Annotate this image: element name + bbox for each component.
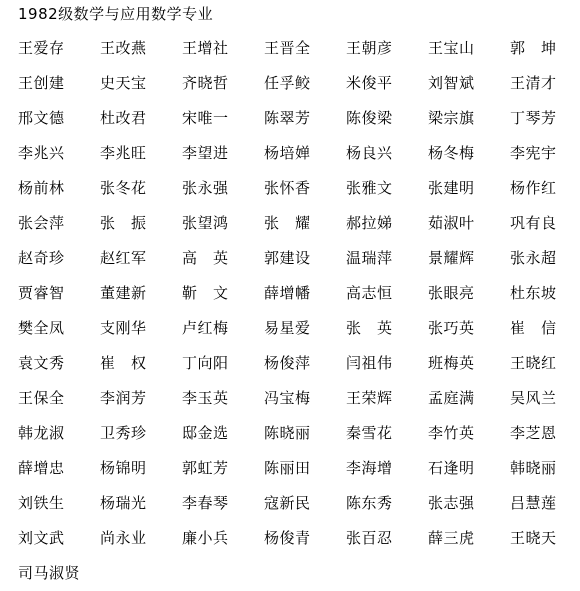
roster-row: 赵奇珍赵红军高 英郭建设温瑞萍景耀辉张永超 xyxy=(18,240,580,275)
person-name: 尚永业 xyxy=(100,529,182,547)
person-name: 卫秀珍 xyxy=(100,424,182,442)
roster-row: 樊全凤支刚华卢红梅易星爱张 英张巧英崔 信 xyxy=(18,310,580,345)
person-name: 王晓天 xyxy=(510,529,580,547)
person-name: 王增社 xyxy=(182,39,264,57)
roster-row: 王爱存王改燕王增社王晋全王朝彦王宝山郭 坤 xyxy=(18,30,580,65)
person-name: 司马淑贤 xyxy=(18,564,100,582)
person-name: 郭建设 xyxy=(264,249,346,267)
person-name: 李望进 xyxy=(182,144,264,162)
person-name: 袁文秀 xyxy=(18,354,100,372)
roster-row: 王保全李润芳李玉英冯宝梅王荣辉孟庭满吴风兰 xyxy=(18,380,580,415)
roster-row: 刘文武尚永业廉小兵杨俊青张百忍薛三虎王晓天 xyxy=(18,520,580,555)
person-name: 王晋全 xyxy=(264,39,346,57)
person-name: 巩有良 xyxy=(510,214,580,232)
person-name: 李海增 xyxy=(346,459,428,477)
person-name: 李玉英 xyxy=(182,389,264,407)
person-name: 丁向阳 xyxy=(182,354,264,372)
person-name: 支刚华 xyxy=(100,319,182,337)
roster-row: 刘铁生杨瑞光李春琴寇新民陈东秀张志强吕慧莲 xyxy=(18,485,580,520)
person-name: 张雅文 xyxy=(346,179,428,197)
person-name: 贾睿智 xyxy=(18,284,100,302)
person-name: 张巧英 xyxy=(428,319,510,337)
person-name: 杨良兴 xyxy=(346,144,428,162)
person-name: 张永强 xyxy=(182,179,264,197)
person-name: 王改燕 xyxy=(100,39,182,57)
roster-row: 杨前林张冬花张永强张怀香张雅文张建明杨作红 xyxy=(18,170,580,205)
person-name: 董建新 xyxy=(100,284,182,302)
person-name: 高志恒 xyxy=(346,284,428,302)
person-name: 刘智斌 xyxy=(428,74,510,92)
person-name: 齐晓哲 xyxy=(182,74,264,92)
person-name: 王宝山 xyxy=(428,39,510,57)
roster-row: 袁文秀崔 权丁向阳杨俊萍闫祖伟班梅英王晓红 xyxy=(18,345,580,380)
person-name: 杨俊青 xyxy=(264,529,346,547)
person-name: 赵红军 xyxy=(100,249,182,267)
person-name: 陈翠芳 xyxy=(264,109,346,127)
person-name: 张怀香 xyxy=(264,179,346,197)
person-name: 宋唯一 xyxy=(182,109,264,127)
person-name: 杨锦明 xyxy=(100,459,182,477)
person-name: 陈丽田 xyxy=(264,459,346,477)
person-name: 李兆兴 xyxy=(18,144,100,162)
person-name: 石逢明 xyxy=(428,459,510,477)
person-name: 丁琴芳 xyxy=(510,109,580,127)
person-name: 王爱存 xyxy=(18,39,100,57)
person-name: 杜东坡 xyxy=(510,284,580,302)
roster-row: 司马淑贤 xyxy=(18,555,580,590)
roster-row: 贾睿智董建新靳 文薛增幡高志恒张眼亮杜东坡 xyxy=(18,275,580,310)
person-name: 李竹英 xyxy=(428,424,510,442)
person-name: 靳 文 xyxy=(182,284,264,302)
person-name: 刘文武 xyxy=(18,529,100,547)
person-name: 卢红梅 xyxy=(182,319,264,337)
page-title: 1982级数学与应用数学专业 xyxy=(18,6,580,23)
person-name: 樊全凤 xyxy=(18,319,100,337)
person-name: 王创建 xyxy=(18,74,100,92)
person-name: 刘铁生 xyxy=(18,494,100,512)
person-name: 易星爱 xyxy=(264,319,346,337)
person-name: 陈晓丽 xyxy=(264,424,346,442)
person-name: 李春琴 xyxy=(182,494,264,512)
person-name: 郭 坤 xyxy=(510,39,580,57)
person-name: 崔 权 xyxy=(100,354,182,372)
person-name: 郝拉娣 xyxy=(346,214,428,232)
person-name: 陈东秀 xyxy=(346,494,428,512)
person-name: 王荣辉 xyxy=(346,389,428,407)
person-name: 张望鸿 xyxy=(182,214,264,232)
person-name: 温瑞萍 xyxy=(346,249,428,267)
person-name: 杨培婵 xyxy=(264,144,346,162)
roster-page: 1982级数学与应用数学专业 王爱存王改燕王增社王晋全王朝彦王宝山郭 坤王创建史… xyxy=(0,0,580,591)
person-name: 张会萍 xyxy=(18,214,100,232)
roster-row: 薛增忠杨锦明郭虹芳陈丽田李海增石逢明韩晓丽 xyxy=(18,450,580,485)
person-name: 张永超 xyxy=(510,249,580,267)
person-name: 赵奇珍 xyxy=(18,249,100,267)
person-name: 张冬花 xyxy=(100,179,182,197)
person-name: 景耀辉 xyxy=(428,249,510,267)
person-name: 吴风兰 xyxy=(510,389,580,407)
person-name: 薛三虎 xyxy=(428,529,510,547)
person-name: 王清才 xyxy=(510,74,580,92)
person-name: 张眼亮 xyxy=(428,284,510,302)
person-name: 邢文德 xyxy=(18,109,100,127)
person-name: 高 英 xyxy=(182,249,264,267)
roster-row: 邢文德杜改君宋唯一陈翠芳陈俊梁梁宗旗丁琴芳 xyxy=(18,100,580,135)
person-name: 杨瑞光 xyxy=(100,494,182,512)
person-name: 李芝恩 xyxy=(510,424,580,442)
person-name: 张百忍 xyxy=(346,529,428,547)
person-name: 杨俊萍 xyxy=(264,354,346,372)
person-name: 张建明 xyxy=(428,179,510,197)
roster-row: 王创建史天宝齐晓哲任孚鲛米俊平刘智斌王清才 xyxy=(18,65,580,100)
person-name: 韩晓丽 xyxy=(510,459,580,477)
person-name: 廉小兵 xyxy=(182,529,264,547)
person-name: 杨冬梅 xyxy=(428,144,510,162)
person-name: 梁宗旗 xyxy=(428,109,510,127)
roster-row: 张会萍张 振张望鸿张 耀郝拉娣茹淑叶巩有良 xyxy=(18,205,580,240)
person-name: 邸金选 xyxy=(182,424,264,442)
person-name: 薛增忠 xyxy=(18,459,100,477)
person-name: 张 耀 xyxy=(264,214,346,232)
person-name: 王晓红 xyxy=(510,354,580,372)
person-name: 秦雪花 xyxy=(346,424,428,442)
person-name: 史天宝 xyxy=(100,74,182,92)
person-name: 茹淑叶 xyxy=(428,214,510,232)
person-name: 班梅英 xyxy=(428,354,510,372)
person-name: 吕慧莲 xyxy=(510,494,580,512)
person-name: 陈俊梁 xyxy=(346,109,428,127)
person-name: 张 英 xyxy=(346,319,428,337)
person-name: 杜改君 xyxy=(100,109,182,127)
name-grid: 王爱存王改燕王增社王晋全王朝彦王宝山郭 坤王创建史天宝齐晓哲任孚鲛米俊平刘智斌王… xyxy=(18,30,580,590)
roster-row: 李兆兴李兆旺李望进杨培婵杨良兴杨冬梅李宪宇 xyxy=(18,135,580,170)
person-name: 寇新民 xyxy=(264,494,346,512)
roster-row: 韩龙淑卫秀珍邸金选陈晓丽秦雪花李竹英李芝恩 xyxy=(18,415,580,450)
person-name: 任孚鲛 xyxy=(264,74,346,92)
person-name: 闫祖伟 xyxy=(346,354,428,372)
person-name: 杨前林 xyxy=(18,179,100,197)
person-name: 王保全 xyxy=(18,389,100,407)
person-name: 孟庭满 xyxy=(428,389,510,407)
person-name: 张 振 xyxy=(100,214,182,232)
person-name: 张志强 xyxy=(428,494,510,512)
person-name: 李润芳 xyxy=(100,389,182,407)
person-name: 薛增幡 xyxy=(264,284,346,302)
person-name: 李宪宇 xyxy=(510,144,580,162)
person-name: 韩龙淑 xyxy=(18,424,100,442)
person-name: 冯宝梅 xyxy=(264,389,346,407)
person-name: 郭虹芳 xyxy=(182,459,264,477)
person-name: 李兆旺 xyxy=(100,144,182,162)
person-name: 王朝彦 xyxy=(346,39,428,57)
person-name: 米俊平 xyxy=(346,74,428,92)
person-name: 杨作红 xyxy=(510,179,580,197)
person-name: 崔 信 xyxy=(510,319,580,337)
